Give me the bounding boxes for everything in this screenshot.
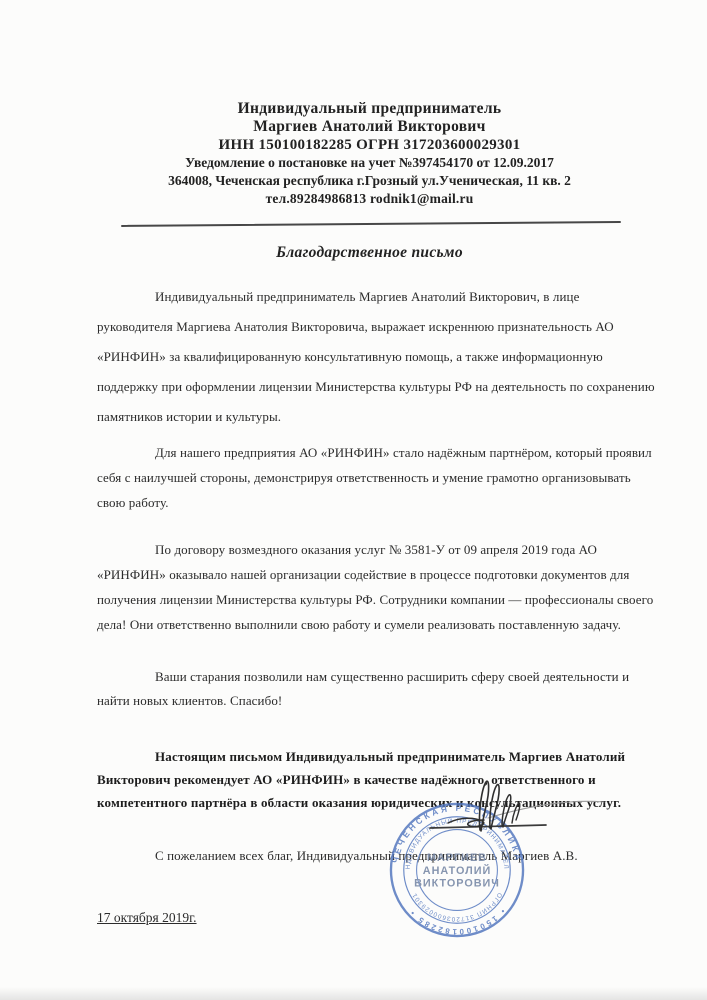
paragraph-line: Ваши старания позволили нам существенно … bbox=[97, 665, 642, 689]
paragraph-line: «РИНФИН» за квалифицированную консультат… bbox=[97, 342, 642, 372]
paragraph-3: По договору возмездного оказания услуг №… bbox=[97, 537, 642, 637]
letterhead-line: ИНН 150100182285 ОГРН 317203600029301 bbox=[97, 136, 642, 154]
scanned-letter-page: Индивидуальный предприниматель Маргиев А… bbox=[0, 0, 707, 1000]
letterhead-line: Маргиев Анатолий Викторович bbox=[97, 118, 642, 136]
paragraph-line: руководителя Маргиева Анатолия Викторови… bbox=[97, 312, 642, 342]
letter-date: 17 октября 2019г. bbox=[97, 910, 197, 926]
stamp-name-line: ВИКТОРОВИЧ bbox=[414, 878, 500, 890]
paragraph-line: «РИНФИН» оказывало нашей организации сод… bbox=[97, 562, 642, 587]
letterhead-line: Индивидуальный предприниматель bbox=[97, 100, 642, 118]
signature-stroke bbox=[502, 795, 511, 827]
paragraph-line: себя с наилучшей стороны, демонстрируя о… bbox=[97, 465, 642, 490]
paragraph-line: Настоящим письмом Индивидуальный предпри… bbox=[97, 745, 642, 768]
stamp-name-line: АНАТОЛИЙ bbox=[423, 864, 491, 877]
letterhead-line: 364008, Чеченская республика г.Грозный у… bbox=[97, 172, 642, 190]
paragraph-line: получения лицензии Министерства культуры… bbox=[97, 587, 642, 612]
letter-title: Благодарственное письмо bbox=[97, 244, 642, 262]
paragraph-line: С пожеланием всех благ, Индивидуальный п… bbox=[97, 845, 642, 867]
signature-stroke bbox=[490, 785, 499, 829]
paragraph-line: По договору возмездного оказания услуг №… bbox=[97, 537, 642, 562]
stamp-name-line: МАРГИЕВ bbox=[427, 852, 487, 864]
signature-stroke bbox=[512, 803, 520, 823]
letterhead-line: тел.89284986813 rodnik1@mail.ru bbox=[97, 190, 642, 208]
paragraph-line: Индивидуальный предприниматель Маргиев А… bbox=[97, 282, 642, 312]
paragraph-line: свою работу. bbox=[97, 490, 642, 515]
paragraph-line: найти новых клиентов. Спасибо! bbox=[97, 689, 642, 713]
scan-edge-shadow bbox=[0, 987, 707, 1000]
paragraph-line: поддержку при оформлении лицензии Минист… bbox=[97, 372, 642, 402]
paragraph-2: Для нашего предприятия АО «РИНФИН» стало… bbox=[97, 440, 642, 515]
closing-line: С пожеланием всех благ, Индивидуальный п… bbox=[97, 845, 642, 867]
paragraph-4: Ваши старания позволили нам существенно … bbox=[97, 665, 642, 713]
paragraph-1: Индивидуальный предприниматель Маргиев А… bbox=[97, 282, 642, 432]
paragraph-line: Для нашего предприятия АО «РИНФИН» стало… bbox=[97, 440, 642, 465]
paragraph-line: памятников истории и культуры. bbox=[97, 402, 642, 432]
letterhead: Индивидуальный предприниматель Маргиев А… bbox=[97, 100, 642, 208]
signature-ink bbox=[418, 776, 610, 844]
paragraph-line: дела! Они ответственно выполнили свою ра… bbox=[97, 612, 642, 637]
letterhead-line: Уведомление о постановке на учет №397454… bbox=[97, 154, 642, 172]
signature-loop bbox=[448, 818, 484, 826]
signature-baseline bbox=[430, 825, 546, 828]
letterhead-divider bbox=[121, 221, 621, 227]
